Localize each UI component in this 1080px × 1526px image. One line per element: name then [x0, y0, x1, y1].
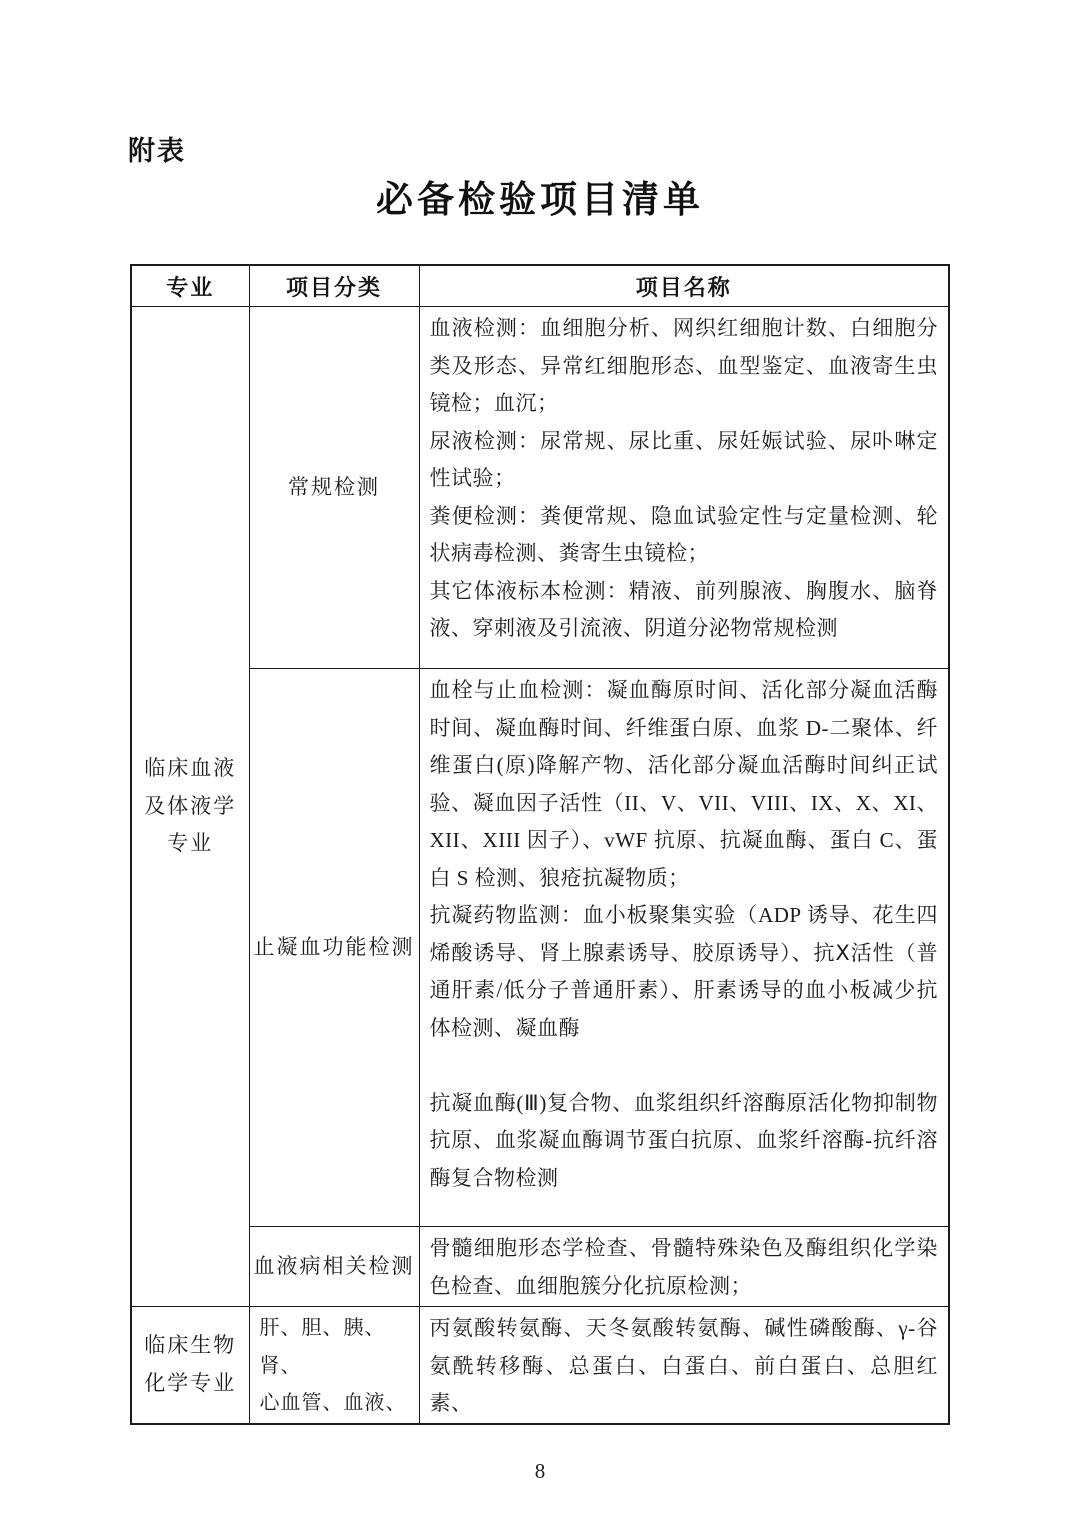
item-name-cell-blood-disease: 骨髓细胞形态学检查、骨髓特殊染色及酶组织化学染色检查、血细胞簇分化抗原检测；: [419, 1227, 949, 1307]
table-header-row: 专业 项目分类 项目名称: [131, 265, 949, 307]
paragraph-spacer: [430, 1047, 939, 1085]
item-name-cell-biochemistry: 丙氨酸转氨酶、天冬氨酸转氨酶、碱性磷酸酶、γ-谷氨酰转移酶、总蛋白、白蛋白、前白…: [419, 1307, 949, 1424]
item-name-cell-coagulation: 血栓与止血检测：凝血酶原时间、活化部分凝血活酶时间、凝血酶时间、纤维蛋白原、血浆…: [419, 669, 949, 1227]
paragraph-blood-tests: 血液检测：血细胞分析、网织红细胞计数、白细胞分类及形态、异常红细胞形态、血型鉴定…: [430, 310, 939, 423]
table-row-blood-disease-tests: 血液病相关检测 骨髓细胞形态学检查、骨髓特殊染色及酶组织化学染色检查、血细胞簇分…: [131, 1227, 949, 1307]
table-row-biochemistry: 临床生物 化学专业 肝、胆、胰、肾、 心血管、血液、 丙氨酸转氨酶、天冬氨酸转氨…: [131, 1307, 949, 1424]
paragraph-enzyme-tests: 丙氨酸转氨酶、天冬氨酸转氨酶、碱性磷酸酶、γ-谷氨酰转移酶、总蛋白、白蛋白、前白…: [430, 1310, 939, 1423]
category-cell-blood-disease: 血液病相关检测: [249, 1227, 419, 1307]
category-cell-coagulation: 止凝血功能检测: [249, 669, 419, 1227]
header-specialty: 专业: [131, 265, 249, 307]
paragraph-stool-tests: 粪便检测：粪便常规、隐血试验定性与定量检测、轮状病毒检测、粪寄生虫镜检；: [430, 498, 939, 573]
category-cell-biochemistry: 肝、胆、胰、肾、 心血管、血液、: [249, 1307, 419, 1424]
category-cell-regular: 常规检测: [249, 307, 419, 669]
paragraph-bone-marrow-tests: 骨髓细胞形态学检查、骨髓特殊染色及酶组织化学染色检查、血细胞簇分化抗原检测；: [430, 1230, 939, 1305]
table-row-coagulation-tests: 止凝血功能检测 血栓与止血检测：凝血酶原时间、活化部分凝血活酶时间、凝血酶时间、…: [131, 669, 949, 1227]
paragraph-anticoagulant-monitoring: 抗凝药物监测：血小板聚集实验（ADP 诱导、花生四烯酸诱导、肾上腺素诱导、胶原诱…: [430, 897, 939, 1047]
table-row-regular-tests: 临床血液 及体液学 专业 常规检测 血液检测：血细胞分析、网织红细胞计数、白细胞…: [131, 307, 949, 669]
page-title: 必备检验项目清单: [0, 169, 1080, 223]
appendix-label: 附表: [128, 129, 186, 168]
item-name-cell-regular: 血液检测：血细胞分析、网织红细胞计数、白细胞分类及形态、异常红细胞形态、血型鉴定…: [419, 307, 949, 669]
specialty-cell-biochemistry: 临床生物 化学专业: [131, 1307, 249, 1424]
paragraph-thrombosis-hemostasis: 血栓与止血检测：凝血酶原时间、活化部分凝血活酶时间、凝血酶时间、纤维蛋白原、血浆…: [430, 672, 939, 897]
required-test-items-table: 专业 项目分类 项目名称 临床血液 及体液学 专业 常规检测 血液检测：血细胞分…: [130, 264, 950, 1425]
document-page: 附表 必备检验项目清单 专业 项目分类 项目名称 临床血液 及体液学 专业 常规…: [0, 0, 1080, 1526]
paragraph-other-fluid-tests: 其它体液标本检测：精液、前列腺液、胸腹水、脑脊液、穿刺液及引流液、阴道分泌物常规…: [430, 573, 939, 648]
specialty-cell-hematology: 临床血液 及体液学 专业: [131, 307, 249, 1307]
header-category: 项目分类: [249, 265, 419, 307]
paragraph-antithrombin-complex: 抗凝血酶(Ⅲ)复合物、血浆组织纤溶酶原活化物抑制物抗原、血浆凝血酶调节蛋白抗原、…: [430, 1085, 939, 1198]
header-item-name: 项目名称: [419, 265, 949, 307]
paragraph-urine-tests: 尿液检测：尿常规、尿比重、尿妊娠试验、尿卟啉定性试验；: [430, 423, 939, 498]
page-number: 8: [0, 1459, 1080, 1484]
